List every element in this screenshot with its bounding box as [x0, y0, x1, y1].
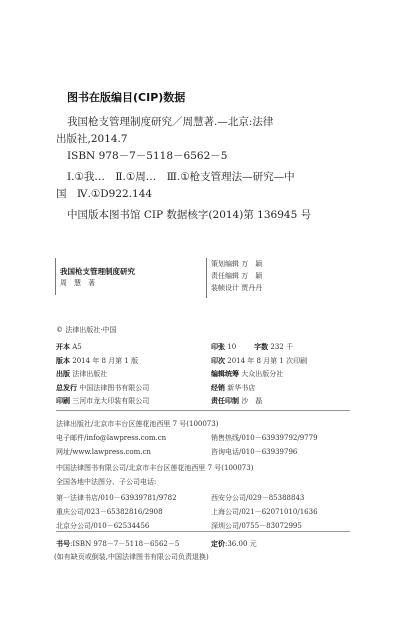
book-box-divider	[55, 258, 56, 295]
publisher-address: 法律出版社/北京市丰台区莲花池西里 7 号(100073)	[56, 419, 218, 429]
spec-row: 版本 2014 年 8 月第 1 版	[56, 355, 149, 369]
branches-right: 西安分公司/029－85388843 上海公司/021－62071010/163…	[211, 491, 318, 533]
spec-row: 经销 新华书店	[211, 382, 307, 396]
publisher-website: 网址/www.lawpress.com.cn	[56, 447, 151, 457]
book-author: 周 慧 著	[60, 278, 95, 288]
editor-row: 装帧设计 贾丹丹	[211, 282, 262, 294]
editor-row: 责任编辑 万 颖	[211, 270, 262, 282]
specs-right: 印张 10字数 232 千 印次 2014 年 8 月第 1 次印刷 编辑统筹 …	[211, 341, 307, 409]
cip-publisher-line: 出版社,2014.7	[56, 131, 128, 146]
spec-row: 开本 A5	[56, 341, 149, 355]
cip-classification-line1: Ⅰ.①我… Ⅱ.①周… Ⅲ.①枪支管理法—研究—中	[67, 169, 295, 184]
spec-row: 责任印制 沙 磊	[211, 395, 307, 409]
cip-title-line: 我国枪支管理制度研究／周慧著.—北京:法律	[67, 114, 273, 129]
branch-phone: 上海公司/021－62071010/1636	[211, 505, 318, 519]
spec-row: 印刷 三河市龙大印装有限公司	[56, 395, 149, 409]
publisher-email: 电子邮件/info@lawpress.com.cn	[56, 433, 166, 443]
book-number: 书号:ISBN 978－7－5118－6562－5	[56, 539, 179, 549]
editors-divider	[206, 258, 207, 298]
return-notice: (如有缺页或倒装,中国法律图书有限公司负责退换)	[54, 552, 209, 562]
copyright-line: © 法律出版社·中国	[56, 325, 116, 335]
specs-left: 开本 A5 版本 2014 年 8 月第 1 版 出版 法律出版社 总发行 中国…	[56, 341, 149, 409]
book-title: 我国枪支管理制度研究	[60, 266, 135, 277]
spec-row: 出版 法律出版社	[56, 368, 149, 382]
cip-isbn: ISBN 978－7－5118－6562－5	[67, 148, 227, 163]
cip-classification-line2: 国 Ⅳ.①D922.144	[56, 186, 152, 201]
editors-list: 策划编辑 万 颖 责任编辑 万 颖 装帧设计 贾丹丹	[211, 258, 262, 294]
price: 定价:36.00 元	[211, 539, 257, 549]
editor-row: 策划编辑 万 颖	[211, 258, 262, 270]
consult-phone: 咨询电话/010－63939796	[211, 447, 297, 457]
spec-row: 印张 10字数 232 千	[211, 341, 307, 355]
distributor-intro: 全国各地中法图分、子公司电话:	[56, 477, 156, 487]
divider-line	[56, 410, 350, 411]
spec-row: 编辑统筹 大众出版分社	[211, 368, 307, 382]
sales-hotline: 销售热线/010－63939792/9779	[211, 433, 318, 443]
branch-phone: 重庆公司/023－65382816/2908	[56, 505, 177, 519]
divider-line	[56, 531, 350, 532]
spec-row: 印次 2014 年 8 月第 1 次印刷	[211, 355, 307, 369]
distributor-address: 中国法律图书有限公司/北京市丰台区莲花池西里 7 号(100073)	[56, 463, 253, 473]
cip-approval-number: 中国版本图书馆 CIP 数据核字(2014)第 136945 号	[67, 207, 311, 222]
branches-left: 第一法律书店/010－63939781/9782 重庆公司/023－653828…	[56, 491, 177, 533]
spec-row: 总发行 中国法律图书有限公司	[56, 382, 149, 396]
branch-phone: 第一法律书店/010－63939781/9782	[56, 491, 177, 505]
branch-phone: 西安分公司/029－85388843	[211, 491, 318, 505]
cip-heading: 图书在版编目(CIP)数据	[67, 89, 185, 105]
